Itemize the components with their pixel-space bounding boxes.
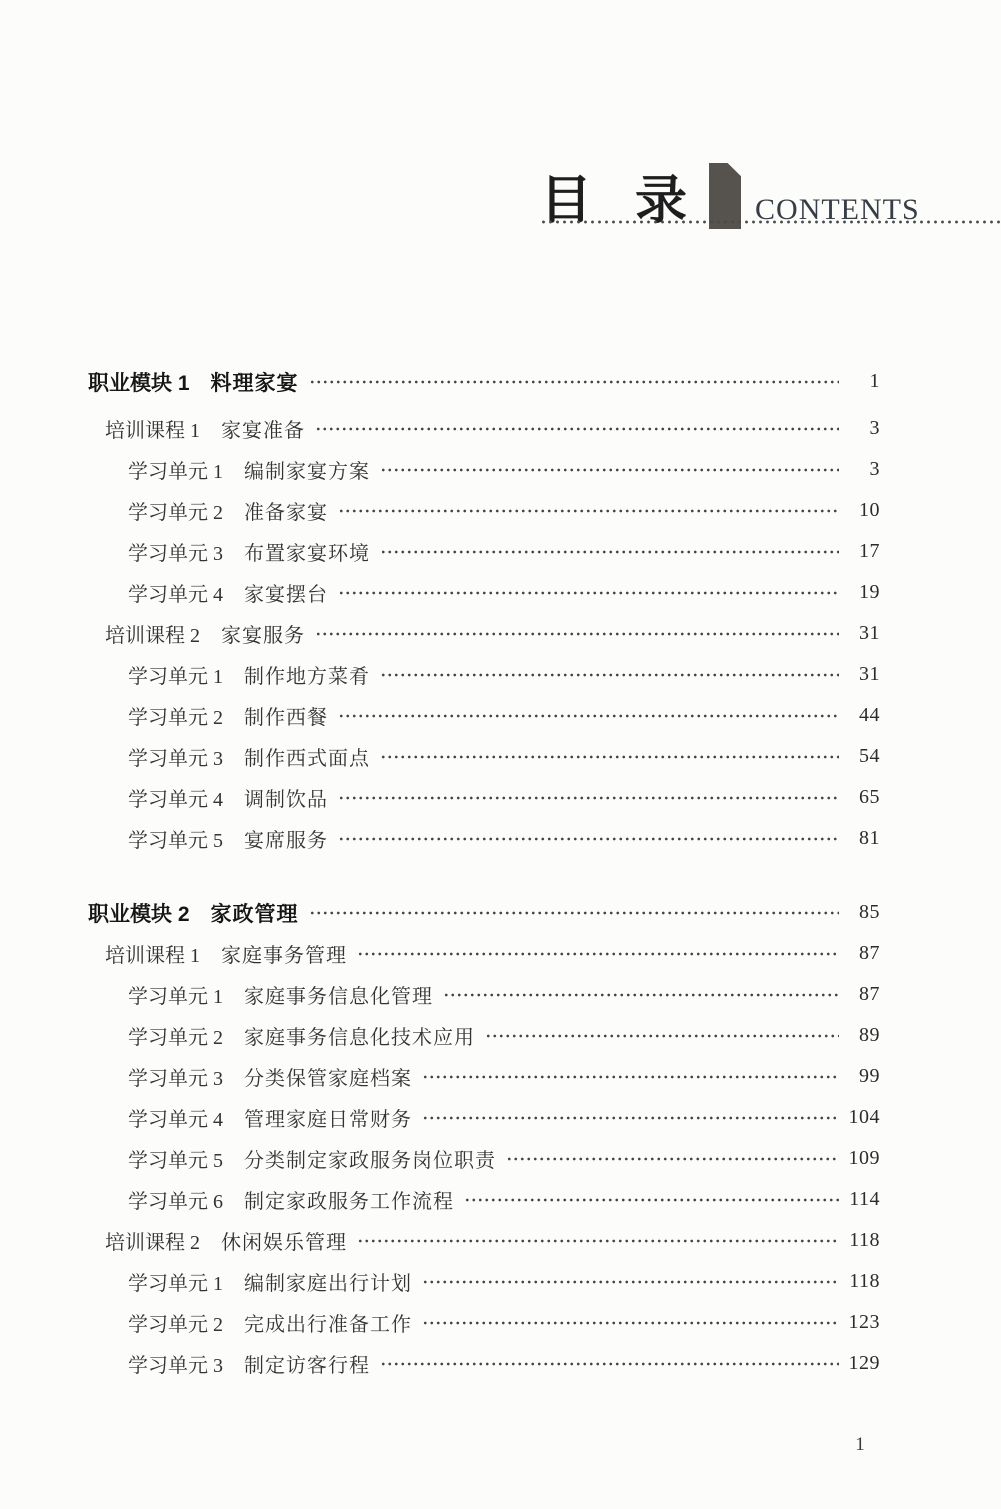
toc-dot-leader [309,378,839,386]
toc-entry-page: 99 [846,1065,880,1088]
toc-entry-page: 19 [846,581,880,604]
toc-entry-label: 学习单元 3 [128,1349,223,1378]
toc-entry-page: 104 [846,1106,880,1129]
toc-entry-label: 学习单元 3 [128,537,223,566]
toc-entry-title: 家宴服务 [221,619,305,648]
header-dotted-rule [540,219,1001,225]
toc-entry: 职业模块 1 料理家宴 1 [88,361,880,402]
toc-entry-label: 学习单元 1 [128,660,223,689]
toc-entry: 学习单元 3 制作西式面点 54 [88,736,880,777]
toc-entry-label: 学习单元 3 [128,1062,223,1091]
toc-entry-title: 布置家宴环境 [244,537,370,566]
toc-entry: 学习单元 3 制定访客行程 129 [88,1343,880,1384]
toc-entry-page: 109 [846,1147,880,1170]
toc-entry-label: 培训课程 2 [105,619,200,648]
toc-entry-page: 118 [846,1270,880,1293]
toc-dot-leader [422,1073,839,1081]
toc-dot-leader [315,425,839,433]
toc-entry-label: 学习单元 4 [128,578,223,607]
toc-dot-leader [357,1237,839,1245]
toc-entry-label: 学习单元 2 [128,496,223,525]
toc-entry-page: 89 [846,1024,880,1047]
toc-entry-title: 家政管理 [211,898,299,928]
toc-entry-label: 培训课程 1 [105,414,200,443]
toc-entry-label: 职业模块 1 [88,367,190,397]
toc-entry-label: 学习单元 6 [128,1185,223,1214]
toc-list: 职业模块 1 料理家宴 1 培训课程 1 家宴准备 3 学习单元 1 编制家宴方… [88,361,880,1384]
toc-entry: 培训课程 1 家庭事务管理 87 [88,933,880,974]
toc-entry-label: 学习单元 2 [128,1021,223,1050]
toc-entry-title: 编制家庭出行计划 [244,1267,412,1296]
toc-entry-label: 职业模块 2 [88,898,190,928]
toc-entry-label: 学习单元 4 [128,783,223,812]
toc-entry-title: 制作西餐 [244,701,328,730]
toc-dot-leader [380,671,839,679]
toc-entry-page: 114 [846,1188,880,1211]
toc-entry: 学习单元 4 家宴摆台 19 [88,572,880,613]
toc-entry-title: 制定访客行程 [244,1349,370,1378]
toc-entry-title: 制作地方菜肴 [244,660,370,689]
toc-entry: 学习单元 3 布置家宴环境 17 [88,531,880,572]
footer-page-number: 1 [840,1434,880,1456]
toc-dot-leader [380,548,839,556]
toc-entry: 学习单元 6 制定家政服务工作流程 114 [88,1179,880,1220]
toc-entry: 学习单元 1 制作地方菜肴 31 [88,654,880,695]
toc-dot-leader [422,1278,839,1286]
toc-entry-title: 准备家宴 [244,496,328,525]
toc-dot-leader [380,1360,839,1368]
toc-entry-title: 家庭事务信息化技术应用 [244,1021,475,1050]
toc-entry-label: 培训课程 1 [105,939,200,968]
toc-entry-label: 学习单元 3 [128,742,223,771]
toc-entry: 学习单元 2 家庭事务信息化技术应用 89 [88,1015,880,1056]
toc-entry-label: 学习单元 5 [128,824,223,853]
toc-entry-page: 118 [846,1229,880,1252]
toc-entry-page: 3 [846,417,880,440]
toc-entry-title: 编制家宴方案 [244,455,370,484]
toc-entry-page: 1 [846,370,880,393]
toc-entry-page: 31 [846,622,880,645]
toc-dot-leader [338,589,839,597]
toc-dot-leader [338,835,839,843]
toc-entry: 学习单元 3 分类保管家庭档案 99 [88,1056,880,1097]
toc-entry-label: 学习单元 1 [128,980,223,1009]
toc-entry-page: 85 [846,901,880,924]
toc-entry-label: 学习单元 2 [128,701,223,730]
toc-dot-leader [422,1319,839,1327]
toc-entry-title: 制定家政服务工作流程 [244,1185,454,1214]
toc-entry-page: 123 [846,1311,880,1334]
toc-entry: 培训课程 1 家宴准备 3 [88,408,880,449]
toc-entry: 学习单元 4 管理家庭日常财务 104 [88,1097,880,1138]
toc-entry-title: 制作西式面点 [244,742,370,771]
toc-entry-label: 学习单元 1 [128,455,223,484]
toc-entry: 学习单元 5 宴席服务 81 [88,818,880,859]
toc-entry-label: 学习单元 1 [128,1267,223,1296]
toc-entry-label: 学习单元 5 [128,1144,223,1173]
toc-entry: 学习单元 2 准备家宴 10 [88,490,880,531]
toc-entry-title: 家宴摆台 [244,578,328,607]
toc-dot-leader [338,712,839,720]
toc-entry-page: 81 [846,827,880,850]
toc-entry-title: 分类制定家政服务岗位职责 [244,1144,496,1173]
toc-entry: 职业模块 2 家政管理 85 [88,892,880,933]
toc-entry-title: 家庭事务信息化管理 [244,980,433,1009]
toc-dot-leader [357,950,839,958]
toc-entry-title: 宴席服务 [244,824,328,853]
toc-entry: 培训课程 2 家宴服务 31 [88,613,880,654]
toc-entry-title: 家宴准备 [221,414,305,443]
toc-entry: 学习单元 5 分类制定家政服务岗位职责 109 [88,1138,880,1179]
toc-entry: 学习单元 1 编制家宴方案 3 [88,449,880,490]
toc-entry-page: 17 [846,540,880,563]
toc-dot-leader [506,1155,839,1163]
toc-dot-leader [338,794,839,802]
toc-entry-title: 料理家宴 [211,367,299,397]
toc-dot-leader [443,991,839,999]
toc-entry: 学习单元 2 制作西餐 44 [88,695,880,736]
toc-dot-leader [380,466,839,474]
toc-entry-page: 31 [846,663,880,686]
toc-entry-page: 129 [846,1352,880,1375]
toc-entry-page: 10 [846,499,880,522]
toc-entry-title: 分类保管家庭档案 [244,1062,412,1091]
toc-entry-page: 87 [846,983,880,1006]
toc-dot-leader [422,1114,839,1122]
toc-entry: 学习单元 4 调制饮品 65 [88,777,880,818]
toc-dot-leader [309,909,839,917]
toc-dot-leader [338,507,839,515]
toc-dot-leader [315,630,839,638]
toc-page: { "header": { "title_cn": "目 录", "title_… [0,0,1001,1509]
toc-entry-page: 65 [846,786,880,809]
toc-entry-title: 完成出行准备工作 [244,1308,412,1337]
toc-entry-label: 培训课程 2 [105,1226,200,1255]
toc-entry-title: 调制饮品 [244,783,328,812]
toc-entry-label: 学习单元 4 [128,1103,223,1132]
toc-entry-title: 管理家庭日常财务 [244,1103,412,1132]
toc-dot-leader [464,1196,839,1204]
toc-entry: 学习单元 2 完成出行准备工作 123 [88,1302,880,1343]
toc-dot-leader [380,753,839,761]
toc-entry-page: 44 [846,704,880,727]
toc-dot-leader [485,1032,839,1040]
toc-entry-page: 54 [846,745,880,768]
toc-entry-page: 3 [846,458,880,481]
toc-entry-label: 学习单元 2 [128,1308,223,1337]
toc-entry-page: 87 [846,942,880,965]
toc-entry: 学习单元 1 家庭事务信息化管理 87 [88,974,880,1015]
toc-entry: 学习单元 1 编制家庭出行计划 118 [88,1261,880,1302]
toc-entry-title: 休闲娱乐管理 [221,1226,347,1255]
toc-entry-title: 家庭事务管理 [221,939,347,968]
page-header: 目 录 CONTENTS [540,156,1001,228]
toc-entry: 培训课程 2 休闲娱乐管理 118 [88,1220,880,1261]
